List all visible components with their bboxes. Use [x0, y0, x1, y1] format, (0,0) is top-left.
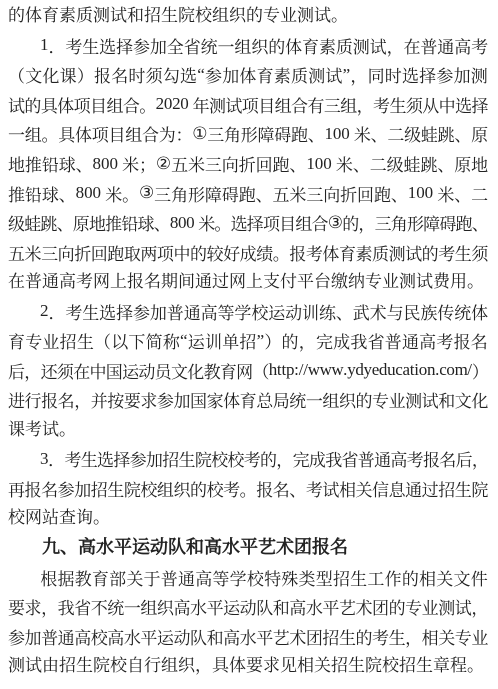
text-line: 测试由招生院校自行组织，具体要求见相关招生院校招生章程。: [8, 651, 488, 681]
text-line: 进行报名，并按要求参加国家体育总局统一组织的专业测试和文化: [8, 385, 488, 415]
text-line: 一组。具体项目组合为：①三角形障碍跑、100 米、二级蛙跳、原: [8, 119, 488, 149]
text-line: 1．考生选择参加全省统一组织的体育素质测试，在普通高考: [8, 31, 488, 61]
text-line: 育专业招生（以下简称“运训单招”）的，完成我省普通高考报名: [8, 326, 488, 356]
text-line: 课考试。: [8, 415, 488, 445]
text-line: 再报名参加招生院校组织的校考。报名、考试相关信息通过招生院: [8, 474, 488, 504]
text-line: 要求，我省不统一组织高水平运动队和高水平艺术团的专业测试，: [8, 592, 488, 622]
text-line: 五米三向折回跑取两项中的较好成绩。报考体育素质测试的考生须: [8, 237, 488, 267]
document-page: 的体育素质测试和招生院校组织的专业测试。 1．考生选择参加全省统一组织的体育素质…: [0, 0, 498, 689]
text-line: （文化课）报名时须勾选“参加体育素质测试”，同时选择参加测: [8, 60, 488, 90]
text-line: 试的具体项目组合。2020 年测试项目组合有三组，考生须从中选择: [8, 90, 488, 120]
text-line: 2．考生选择参加普通高等学校运动训练、武术与民族传统体: [8, 296, 488, 326]
text-line: 推铅球、800 米。③三角形障碍跑、五米三向折回跑、100 米、二: [8, 178, 488, 208]
text-line: 级蛙跳、原地推铅球、800 米。选择项目组合③的，三角形障碍跑、: [8, 208, 488, 238]
text-line: 在普通高考网上报名期间通过网上支付平台缴纳专业测试费用。: [8, 267, 488, 297]
text-line: 参加普通高校高水平运动队和高水平艺术团招生的考生，相关专业: [8, 621, 488, 651]
section-heading: 九、高水平运动队和高水平艺术团报名: [8, 533, 488, 563]
text-line: 3．考生选择参加招生院校校考的，完成我省普通高考报名后，: [8, 444, 488, 474]
text-line-url: 后，还须在中国运动员文化教育网（http://www.ydyeducation.…: [8, 356, 488, 386]
text-line: 根据教育部关于普通高等学校特殊类型招生工作的相关文件: [8, 562, 488, 592]
text-line: 的体育素质测试和招生院校组织的专业测试。: [8, 1, 488, 31]
text-line: 地推铅球、800 米；②五米三向折回跑、100 米、二级蛙跳、原地: [8, 149, 488, 179]
text-line: 校网站查询。: [8, 503, 488, 533]
